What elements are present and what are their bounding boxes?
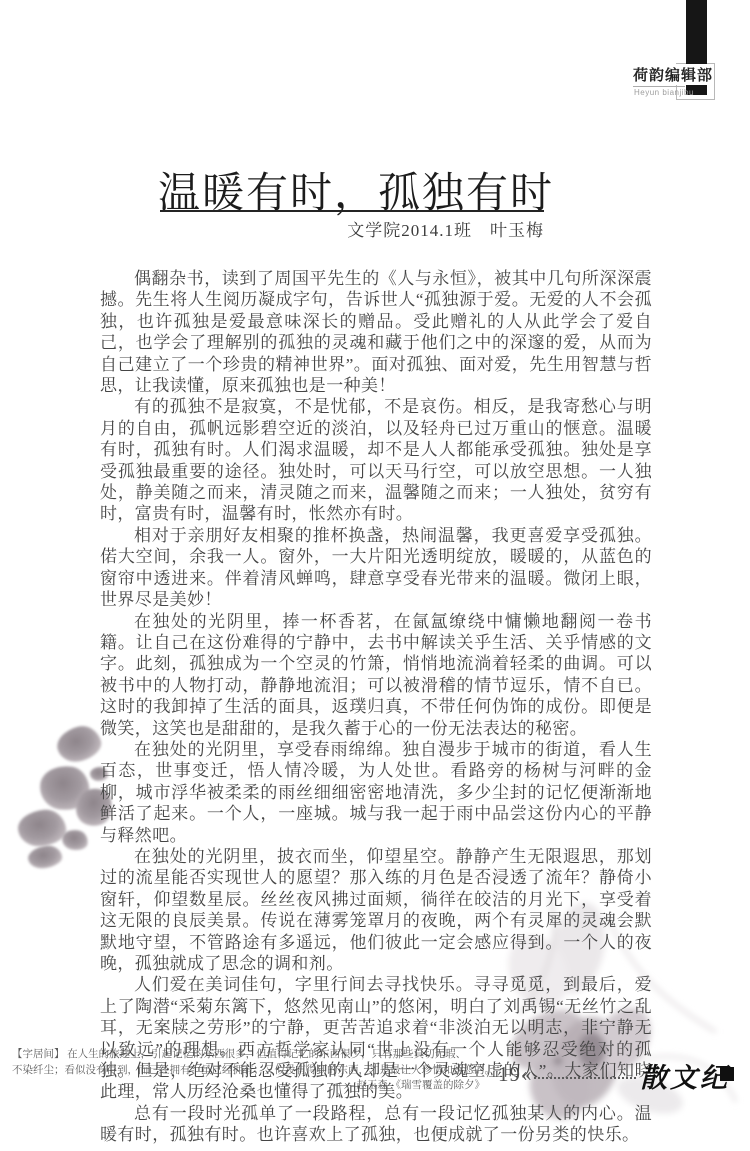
body-paragraph: 有的孤独不是寂寞，不是忧郁，不是哀伤。相反，是我寄愁心与明月的自由，孤帆远影碧空…	[100, 396, 652, 524]
footer-quote: 【字居间】 在人生的旅途上，引起记忆的东西很多，但值得记忆的东西很少，只有那些真…	[12, 1047, 487, 1094]
body-paragraph: 在独处的光阴里，披衣而坐，仰望星空。静静产生无限遐思，那划过的流星能否实现世人的…	[100, 846, 652, 974]
body-paragraph: 相对于亲朋好友相聚的推杯换盏，热闹温馨，我更喜爱享受孤独。偌大空间，余我一人。窗…	[100, 525, 652, 611]
petal-icon	[60, 828, 89, 852]
article-byline: 文学院2014.1班 叶玉梅	[160, 216, 544, 241]
article-body: 偶翻杂书，读到了周国平先生的《人与永恒》，被其中几句所深深震撼。先生将人生阅历凝…	[100, 268, 652, 1146]
page-number: 19«	[498, 1062, 533, 1087]
body-paragraph: 在独处的光阴里，捧一杯香茗，在氤氲缭绕中慵懒地翻阅一卷书籍。让自己在这份难得的宁…	[100, 611, 652, 739]
masthead-divider	[633, 86, 685, 87]
quote-line-1: 【字居间】 在人生的旅途上，引起记忆的东西很多，但值得记忆的东西很少，只有那些真…	[12, 1047, 487, 1063]
body-paragraph: 在独处的光阴里，享受春雨绵绵。独自漫步于城市的街道，看人生百态，世事变迁，悟人情…	[100, 739, 652, 846]
section-name: 散文纪	[640, 1056, 730, 1095]
body-paragraph: 总有一段时光孤单了一段路程，总有一段记忆孤独某人的内心。温暖有时，孤独有时。也许…	[100, 1103, 652, 1146]
page-number-value: 19	[498, 1062, 521, 1086]
dotted-leader	[534, 1077, 636, 1079]
quote-attribution: —— 赵玉森 《瑞雪覆盖的除夕》	[12, 1078, 487, 1094]
black-square-icon	[720, 1067, 734, 1081]
petal-icon	[53, 722, 104, 766]
quote-tag: 【字居间】	[12, 1049, 65, 1060]
petal-icon	[17, 808, 68, 848]
folio-strip: 19« 散文纪	[498, 1060, 738, 1094]
title-underline	[160, 210, 544, 212]
masthead-department-pinyin: Heyun bianjibu	[634, 88, 694, 97]
guillemet-icon: «	[521, 1062, 533, 1086]
magazine-page: 荷韵编辑部 Heyun bianjibu 温暖有时，孤独有时 文学院2014.1…	[0, 0, 750, 1151]
masthead-department-name: 荷韵编辑部	[633, 64, 713, 85]
quote-text-1: 在人生的旅途上，引起记忆的东西很多，但值得记忆的东西很少，只有那些真切无瑕、	[67, 1049, 466, 1060]
body-paragraph: 偶翻杂书，读到了周国平先生的《人与永恒》，被其中几句所深深震撼。先生将人生阅历凝…	[100, 268, 652, 396]
petal-icon	[27, 844, 64, 871]
quote-line-2: 不染纤尘；看似没有得到，而已经拥有；虽已经拥有；又似没有得到的东西，才是最让人珍…	[12, 1063, 487, 1079]
